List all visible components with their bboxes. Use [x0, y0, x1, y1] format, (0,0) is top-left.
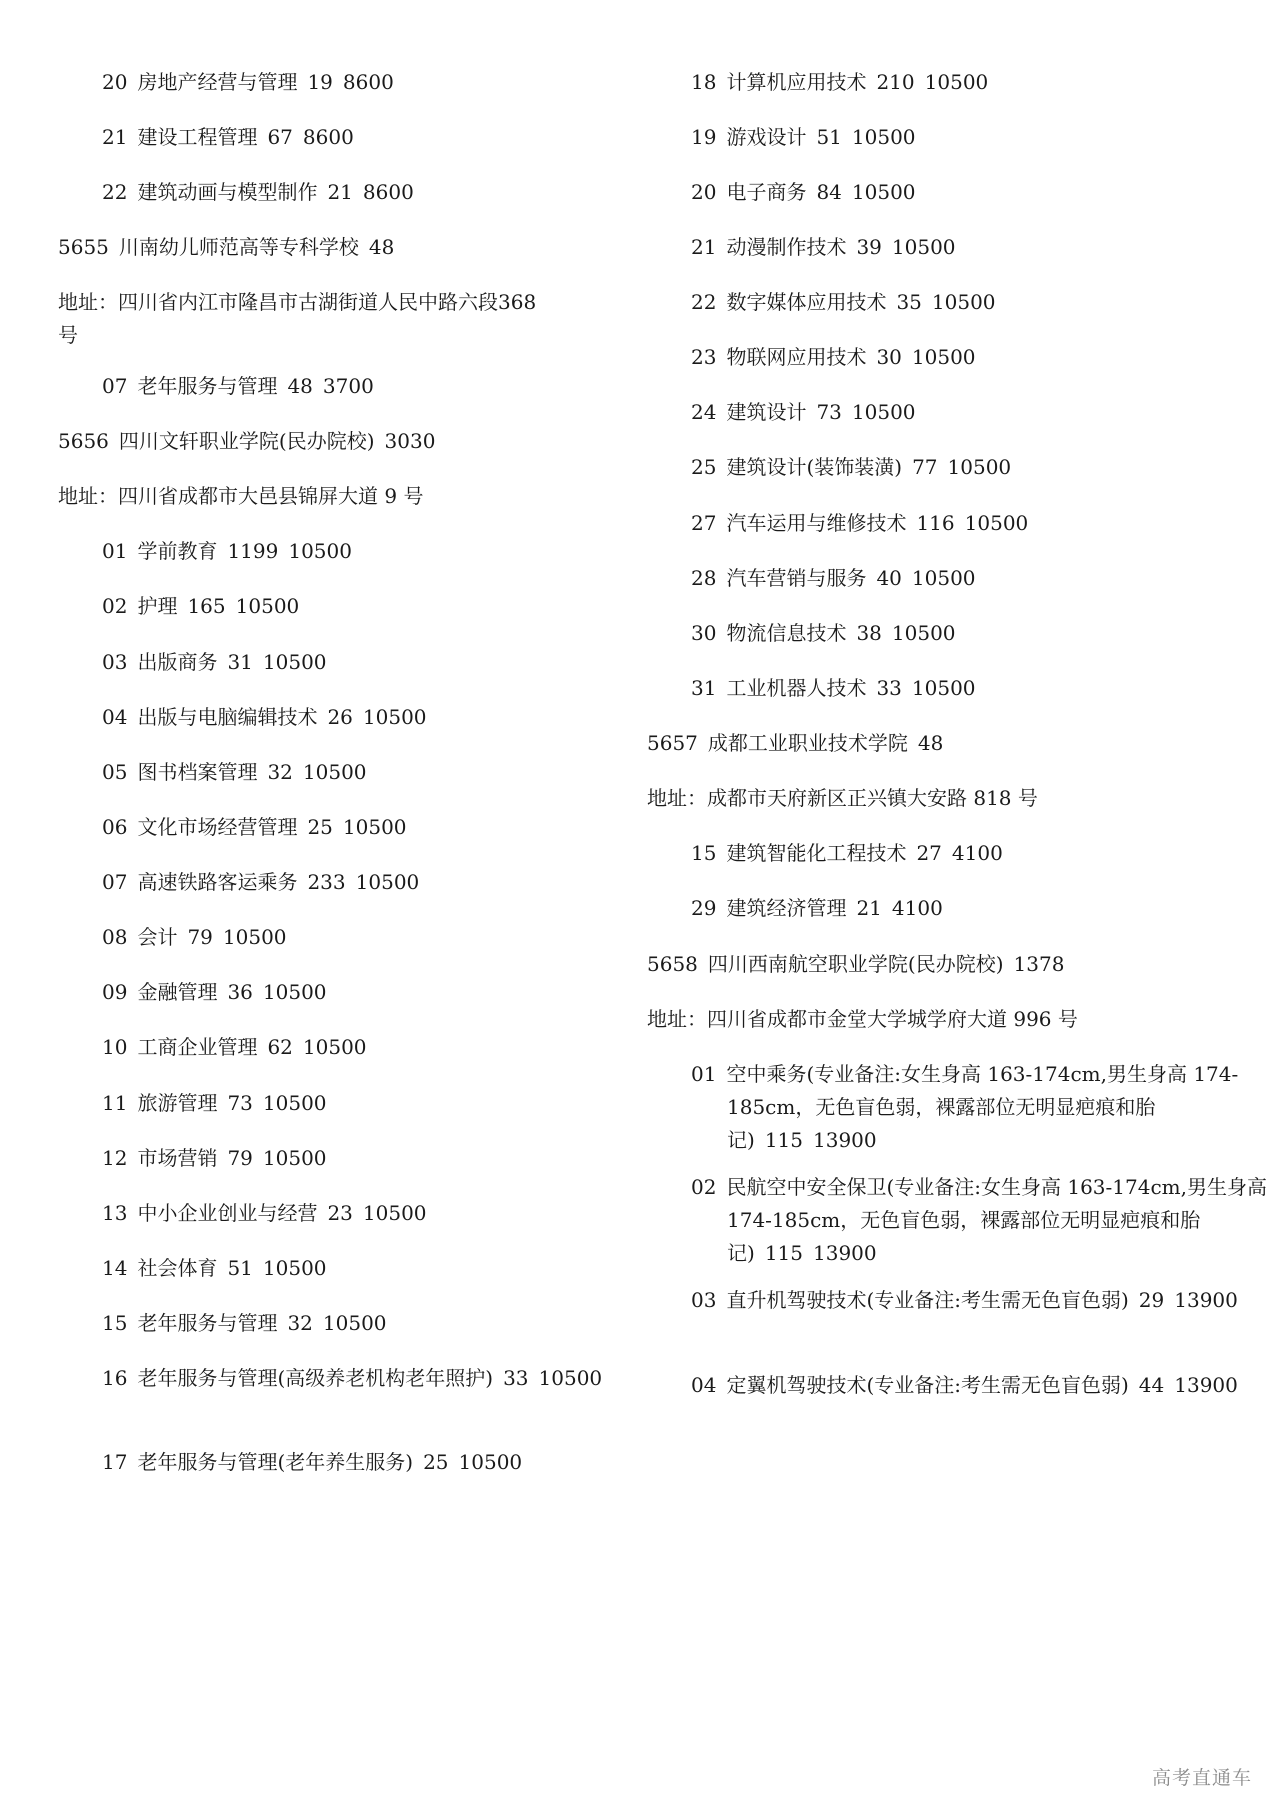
tuition-fee: 10500 [263, 1146, 327, 1170]
school-address: 地址：四川省成都市金堂大学城学府大道 996 号 [647, 1003, 1137, 1036]
major-entry: 21动漫制作技术3910500 [667, 231, 956, 264]
major-code: 25 [691, 455, 716, 479]
tuition-fee: 13900 [1174, 1373, 1238, 1397]
enrollment-count: 27 [916, 841, 941, 865]
enrollment-count: 25 [307, 815, 332, 839]
watermark: 高考直通车 [1152, 1763, 1252, 1790]
major-name: 建设工程管理 [137, 125, 257, 149]
major-name: 电子商务 [726, 180, 806, 204]
school-heading: 5657成都工业职业技术学院48 [647, 727, 943, 760]
enrollment-count: 165 [187, 594, 225, 618]
school-total-count: 48 [369, 235, 394, 259]
major-name: 动漫制作技术 [726, 235, 846, 259]
major-code: 29 [691, 896, 716, 920]
major-entry: 02护理16510500 [78, 590, 299, 623]
school-address: 地址：成都市天府新区正兴镇大安路 818 号 [647, 782, 1137, 815]
major-entry: 14社会体育5110500 [78, 1252, 327, 1285]
tuition-fee: 10500 [912, 345, 976, 369]
major-name: 建筑设计(装饰装潢) [726, 455, 902, 479]
major-code: 22 [102, 180, 127, 204]
major-code: 20 [691, 180, 716, 204]
tuition-fee: 10500 [303, 1035, 367, 1059]
major-code: 13 [102, 1201, 127, 1225]
major-code: 22 [691, 290, 716, 314]
major-code: 30 [691, 621, 716, 645]
major-name: 护理 [137, 594, 177, 618]
major-entry: 01学前教育119910500 [78, 535, 352, 568]
major-name: 出版商务 [137, 650, 217, 674]
major-code: 06 [102, 815, 127, 839]
major-entry: 03直升机驾驶技术(专业备注:考生需无色盲色弱)2913900 [667, 1284, 1267, 1317]
major-name: 中小企业创业与经营 [137, 1201, 317, 1225]
enrollment-count: 67 [267, 125, 292, 149]
major-code: 03 [102, 650, 127, 674]
major-entry: 30物流信息技术3810500 [667, 617, 956, 650]
tuition-fee: 8600 [343, 70, 394, 94]
tuition-fee: 4100 [892, 896, 943, 920]
major-entry: 28汽车营销与服务4010500 [667, 562, 976, 595]
major-code: 11 [102, 1091, 127, 1115]
enrollment-count: 19 [307, 70, 332, 94]
major-entry: 11旅游管理7310500 [78, 1087, 327, 1120]
major-code: 08 [102, 925, 127, 949]
enrollment-count: 29 [1139, 1288, 1164, 1312]
major-name: 直升机驾驶技术(专业备注:考生需无色盲色弱) [726, 1288, 1128, 1312]
major-code: 05 [102, 760, 127, 784]
tuition-fee: 10500 [356, 870, 420, 894]
enrollment-count: 79 [227, 1146, 252, 1170]
major-name: 汽车营销与服务 [726, 566, 866, 590]
major-code: 04 [102, 705, 127, 729]
major-entry: 21建设工程管理678600 [78, 121, 354, 154]
major-name: 物联网应用技术 [726, 345, 866, 369]
major-code: 23 [691, 345, 716, 369]
school-name: 四川文轩职业学院(民办院校) [119, 429, 375, 453]
enrollment-count: 73 [227, 1091, 252, 1115]
enrollment-count: 79 [187, 925, 212, 949]
tuition-fee: 10500 [343, 815, 407, 839]
major-code: 07 [102, 870, 127, 894]
major-name: 空中乘务(专业备注:女生身高 163-174cm,男生身高 174-185cm，… [726, 1062, 1238, 1152]
enrollment-count: 25 [423, 1450, 448, 1474]
tuition-fee: 4100 [952, 841, 1003, 865]
major-name: 建筑设计 [726, 400, 806, 424]
major-entry: 20电子商务8410500 [667, 176, 916, 209]
major-name: 社会体育 [137, 1256, 217, 1280]
school-address: 地址：四川省成都市大邑县锦屏大道 9 号 [58, 480, 548, 513]
tuition-fee: 3700 [323, 374, 374, 398]
enrollment-count: 116 [916, 511, 954, 535]
major-entry: 31工业机器人技术3310500 [667, 672, 976, 705]
school-code: 5658 [647, 952, 698, 976]
school-name: 成都工业职业技术学院 [708, 731, 908, 755]
major-code: 27 [691, 511, 716, 535]
enrollment-count: 115 [765, 1241, 803, 1265]
major-entry: 27汽车运用与维修技术11610500 [667, 507, 1028, 540]
major-name: 图书档案管理 [137, 760, 257, 784]
tuition-fee: 10500 [303, 760, 367, 784]
major-name: 老年服务与管理(高级养老机构老年照护) [137, 1366, 493, 1390]
major-entry: 09金融管理3610500 [78, 976, 327, 1009]
major-name: 汽车运用与维修技术 [726, 511, 906, 535]
major-name: 定翼机驾驶技术(专业备注:考生需无色盲色弱) [726, 1373, 1128, 1397]
major-entry: 16老年服务与管理(高级养老机构老年照护)3310500 [78, 1362, 602, 1395]
enrollment-count: 51 [816, 125, 841, 149]
tuition-fee: 10500 [363, 705, 427, 729]
enrollment-count: 33 [503, 1366, 528, 1390]
major-code: 14 [102, 1256, 127, 1280]
tuition-fee: 13900 [1174, 1288, 1238, 1312]
enrollment-count: 32 [287, 1311, 312, 1335]
major-code: 04 [691, 1373, 716, 1397]
enrollment-count: 44 [1139, 1373, 1164, 1397]
enrollment-count: 26 [327, 705, 352, 729]
major-code: 15 [102, 1311, 127, 1335]
school-code: 5656 [58, 429, 109, 453]
enrollment-count: 21 [327, 180, 352, 204]
enrollment-count: 31 [227, 650, 252, 674]
major-entry: 07高速铁路客运乘务23310500 [78, 866, 419, 899]
tuition-fee: 10500 [539, 1366, 603, 1390]
tuition-fee: 10500 [852, 400, 916, 424]
tuition-fee: 10500 [288, 539, 352, 563]
major-name: 工商企业管理 [137, 1035, 257, 1059]
major-entry: 13中小企业创业与经营2310500 [78, 1197, 427, 1230]
tuition-fee: 10500 [965, 511, 1029, 535]
enrollment-count: 36 [227, 980, 252, 1004]
major-entry: 01空中乘务(专业备注:女生身高 163-174cm,男生身高 174-185c… [667, 1058, 1267, 1157]
enrollment-count: 233 [307, 870, 345, 894]
major-code: 07 [102, 374, 127, 398]
major-code: 03 [691, 1288, 716, 1312]
enrollment-count: 48 [287, 374, 312, 398]
tuition-fee: 8600 [303, 125, 354, 149]
major-name: 会计 [137, 925, 177, 949]
major-code: 17 [102, 1450, 127, 1474]
major-name: 老年服务与管理 [137, 1311, 277, 1335]
major-entry: 10工商企业管理6210500 [78, 1031, 367, 1064]
tuition-fee: 13900 [813, 1241, 877, 1265]
school-total-count: 3030 [385, 429, 436, 453]
major-code: 10 [102, 1035, 127, 1059]
school-heading: 5655川南幼儿师范高等专科学校48 [58, 231, 394, 264]
tuition-fee: 10500 [263, 1256, 327, 1280]
major-code: 28 [691, 566, 716, 590]
school-address: 地址：四川省内江市隆昌市古湖街道人民中路六段368号 [58, 286, 548, 352]
tuition-fee: 10500 [236, 594, 300, 618]
enrollment-count: 39 [856, 235, 881, 259]
tuition-fee: 10500 [459, 1450, 523, 1474]
tuition-fee: 10500 [852, 180, 916, 204]
enrollment-count: 77 [912, 455, 937, 479]
tuition-fee: 10500 [932, 290, 996, 314]
major-name: 老年服务与管理(老年养生服务) [137, 1450, 413, 1474]
major-name: 旅游管理 [137, 1091, 217, 1115]
major-name: 建筑动画与模型制作 [137, 180, 317, 204]
enrollment-count: 84 [816, 180, 841, 204]
major-entry: 18计算机应用技术21010500 [667, 66, 988, 99]
tuition-fee: 10500 [892, 621, 956, 645]
enrollment-count: 35 [896, 290, 921, 314]
major-name: 房地产经营与管理 [137, 70, 297, 94]
major-name: 建筑经济管理 [726, 896, 846, 920]
school-heading: 5658四川西南航空职业学院(民办院校)1378 [647, 948, 1064, 981]
major-entry: 20房地产经营与管理198600 [78, 66, 394, 99]
major-name: 建筑智能化工程技术 [726, 841, 906, 865]
major-code: 01 [102, 539, 127, 563]
school-heading: 5656四川文轩职业学院(民办院校)3030 [58, 425, 435, 458]
major-entry: 19游戏设计5110500 [667, 121, 916, 154]
major-entry: 22数字媒体应用技术3510500 [667, 286, 996, 319]
enrollment-count: 51 [227, 1256, 252, 1280]
major-code: 21 [102, 125, 127, 149]
major-entry: 04定翼机驾驶技术(专业备注:考生需无色盲色弱)4413900 [667, 1369, 1267, 1402]
major-entry: 24建筑设计7310500 [667, 396, 916, 429]
major-entry: 02民航空中安全保卫(专业备注:女生身高 163-174cm,男生身高 174-… [667, 1171, 1267, 1270]
major-code: 24 [691, 400, 716, 424]
tuition-fee: 10500 [892, 235, 956, 259]
enrollment-count: 23 [327, 1201, 352, 1225]
major-entry: 25建筑设计(装饰装潢)7710500 [667, 451, 1011, 484]
major-entry: 04出版与电脑编辑技术2610500 [78, 701, 427, 734]
tuition-fee: 10500 [948, 455, 1012, 479]
tuition-fee: 10500 [223, 925, 287, 949]
enrollment-count: 115 [765, 1128, 803, 1152]
enrollment-count: 62 [267, 1035, 292, 1059]
major-entry: 15建筑智能化工程技术274100 [667, 837, 1003, 870]
school-total-count: 1378 [1014, 952, 1065, 976]
tuition-fee: 10500 [912, 566, 976, 590]
major-code: 02 [102, 594, 127, 618]
tuition-fee: 10500 [852, 125, 916, 149]
major-name: 物流信息技术 [726, 621, 846, 645]
major-name: 学前教育 [137, 539, 217, 563]
major-code: 19 [691, 125, 716, 149]
major-name: 市场营销 [137, 1146, 217, 1170]
major-code: 18 [691, 70, 716, 94]
major-name: 工业机器人技术 [726, 676, 866, 700]
major-entry: 03出版商务3110500 [78, 646, 327, 679]
major-code: 15 [691, 841, 716, 865]
enrollment-count: 38 [856, 621, 881, 645]
major-code: 02 [691, 1175, 716, 1199]
major-name: 出版与电脑编辑技术 [137, 705, 317, 729]
school-total-count: 48 [918, 731, 943, 755]
enrollment-count: 210 [876, 70, 914, 94]
school-code: 5657 [647, 731, 698, 755]
enrollment-count: 40 [876, 566, 901, 590]
tuition-fee: 8600 [363, 180, 414, 204]
enrollment-count: 30 [876, 345, 901, 369]
major-code: 21 [691, 235, 716, 259]
major-name: 金融管理 [137, 980, 217, 1004]
major-entry: 17老年服务与管理(老年养生服务)2510500 [78, 1446, 522, 1479]
enrollment-count: 73 [816, 400, 841, 424]
major-name: 高速铁路客运乘务 [137, 870, 297, 894]
tuition-fee: 10500 [925, 70, 989, 94]
major-code: 01 [691, 1062, 716, 1086]
tuition-fee: 10500 [323, 1311, 387, 1335]
major-entry: 06文化市场经营管理2510500 [78, 811, 407, 844]
major-entry: 29建筑经济管理214100 [667, 892, 943, 925]
major-name: 计算机应用技术 [726, 70, 866, 94]
major-name: 游戏设计 [726, 125, 806, 149]
major-name: 老年服务与管理 [137, 374, 277, 398]
tuition-fee: 10500 [363, 1201, 427, 1225]
tuition-fee: 10500 [263, 980, 327, 1004]
major-entry: 05图书档案管理3210500 [78, 756, 367, 789]
major-name: 民航空中安全保卫(专业备注:女生身高 163-174cm,男生身高 174-18… [726, 1175, 1267, 1265]
major-code: 12 [102, 1146, 127, 1170]
school-name: 川南幼儿师范高等专科学校 [119, 235, 359, 259]
tuition-fee: 10500 [263, 650, 327, 674]
major-entry: 23物联网应用技术3010500 [667, 341, 976, 374]
major-code: 31 [691, 676, 716, 700]
school-code: 5655 [58, 235, 109, 259]
major-entry: 12市场营销7910500 [78, 1142, 327, 1175]
tuition-fee: 10500 [912, 676, 976, 700]
enrollment-count: 1199 [227, 539, 278, 563]
major-code: 16 [102, 1366, 127, 1390]
major-entry: 08会计7910500 [78, 921, 287, 954]
school-name: 四川西南航空职业学院(民办院校) [708, 952, 1004, 976]
major-entry: 07老年服务与管理483700 [78, 370, 374, 403]
enrollment-count: 21 [856, 896, 881, 920]
tuition-fee: 13900 [813, 1128, 877, 1152]
tuition-fee: 10500 [263, 1091, 327, 1115]
major-name: 数字媒体应用技术 [726, 290, 886, 314]
enrollment-count: 33 [876, 676, 901, 700]
major-name: 文化市场经营管理 [137, 815, 297, 839]
major-entry: 15老年服务与管理3210500 [78, 1307, 387, 1340]
major-code: 20 [102, 70, 127, 94]
major-entry: 22建筑动画与模型制作218600 [78, 176, 414, 209]
major-code: 09 [102, 980, 127, 1004]
enrollment-count: 32 [267, 760, 292, 784]
